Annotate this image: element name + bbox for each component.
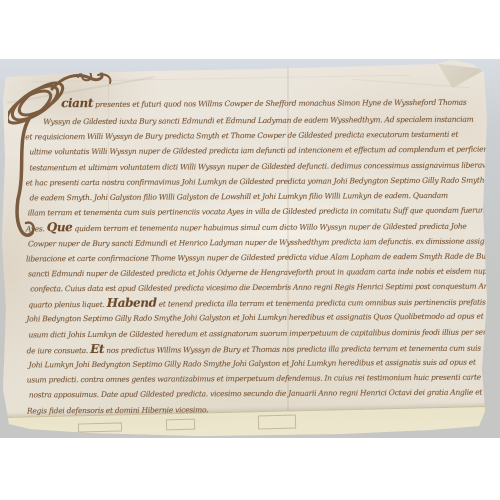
manuscript-text: ciant presentes et futuri quod nos Willm…: [25, 91, 483, 419]
seal-tag-slit: [78, 422, 122, 432]
line-text: de iure consueta.: [27, 346, 91, 355]
line-text: testamentum et ultimam voluntatem dicti …: [29, 160, 500, 172]
emphasized-word: ciant: [61, 96, 93, 110]
seal-tag-slit: [166, 419, 195, 431]
line-text: Johi Bedyngton Septimo Gilly Rado Smythe…: [26, 312, 483, 324]
screenshot: ciant presentes et futuri quod nos Willm…: [0, 0, 500, 500]
line-text: et tenend predicta illa terram et teneme…: [157, 298, 500, 309]
emphasized-word: Que: [47, 220, 73, 234]
line-text: usum dicti Johis Lumkyn de Gildested her…: [28, 327, 500, 339]
line-text: Cowper nuper de Bury sancti Edmundi et H…: [28, 236, 500, 248]
seal-tag-slit: [258, 415, 296, 430]
manuscript-line: ciant presentes et futuri quod nos Willm…: [61, 91, 481, 115]
line-text: et requisicionem Willi Wyssyn de Bury pr…: [25, 130, 458, 142]
line-text: illam terram et tenementa cum suis perti…: [28, 206, 500, 218]
emphasized-word: Et: [90, 342, 104, 356]
line-text: Regis fidei defensoris et domini Hiberni…: [27, 405, 208, 415]
line-text: sancti Edmundi nuper de Gildested predic…: [28, 266, 495, 278]
dog-ear-corner: [438, 61, 486, 88]
line-text: nostra apposuimus. Date apud Gildested p…: [29, 388, 500, 400]
manuscript-line: Regis fidei defensoris et domini Hiberni…: [27, 400, 483, 418]
line-text: usum predicti. contra omnes gentes waran…: [27, 373, 500, 385]
parchment-sheet: ciant presentes et futuri quod nos Willm…: [0, 59, 500, 438]
line-text: Wyssyn de Gildested iuxta Bury sancti Ed…: [43, 115, 473, 127]
line-text: Johi Lumkyn Johi Bedyngton Septimo Gilly…: [29, 358, 476, 370]
line-text: quidem terram et tenementa nuper habuimu…: [72, 222, 466, 233]
line-text: et hac presenti carta nostra confirmavim…: [26, 175, 489, 187]
line-text: confecta. Cuius data est apud Gildested …: [30, 282, 500, 294]
line-text: presentes et futuri quod nos Willms Cowp…: [93, 98, 467, 109]
emphasized-word: Habend: [107, 296, 157, 310]
line-text: Ayes.: [26, 225, 47, 234]
line-text: liberacione et carte confirmacione Thome…: [26, 251, 493, 263]
manuscript-photo: ciant presentes et futuri quod nos Willm…: [0, 59, 500, 438]
manuscript-line: nostra apposuimus. Date apud Gildested p…: [29, 385, 483, 403]
line-text: quarto plenius liquet.: [28, 300, 106, 309]
line-text: nos predictus Willms Wyssyn de Bury et T…: [104, 343, 500, 355]
line-text: de eadem Smyth. Johi Galyston filio Will…: [30, 191, 448, 203]
line-text: ultime voluntatis Willi Wyssyn nuper de …: [29, 145, 500, 157]
